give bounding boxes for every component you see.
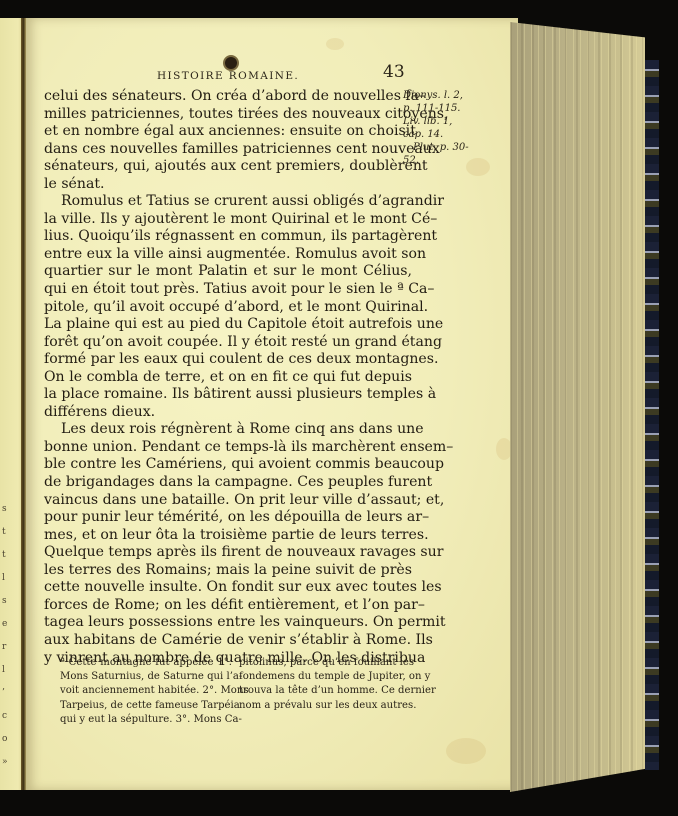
text-line: vaincus dans une bataille. On prit leur … <box>44 492 412 510</box>
text-line: La plaine qui est au pied du Capitole ét… <box>44 316 412 334</box>
text-line: Quelque temps après ils firent de nouvea… <box>44 544 412 562</box>
footnote-line: Mons Saturnius, de Saturne qui l’a- <box>60 670 232 684</box>
book-fore-edge <box>510 22 645 792</box>
margin-note-line: cap. 14. <box>403 128 473 141</box>
text-line: Romulus et Tatius se crurent aussi oblig… <box>44 193 412 211</box>
footnote-line: qui y eut la sépulture. 3°. Mons Ca- <box>60 713 232 727</box>
text-line: mes, et on leur ôta la troisième partie … <box>44 527 412 545</box>
facing-page-fragment: r <box>2 636 16 659</box>
text-line: qui en étoit tout près. Tatius avoit pou… <box>44 281 412 299</box>
text-line: milles patriciennes, toutes tirées des n… <box>44 106 412 124</box>
text-line: ble contre les Camériens, qui avoient co… <box>44 456 412 474</box>
text-line: aux habitans de Camérie de venir s’établ… <box>44 632 412 650</box>
body-text: celui des sénateurs. On créa d’abord de … <box>44 88 412 667</box>
text-line: et en nombre égal aux anciennes: ensuite… <box>44 123 412 141</box>
foxing-stain <box>446 738 486 764</box>
margin-note-line: Plut. p. 30- <box>403 141 473 154</box>
text-line: quartier sur le mont Palatin et sur le m… <box>44 263 412 281</box>
margin-note-line: Dionys. l. 2, <box>403 89 473 102</box>
facing-page-text-fragments: sttlserl’co» <box>2 498 16 774</box>
facing-page-fragment: t <box>2 544 16 567</box>
text-line: On le combla de terre, et on en fit ce q… <box>44 369 412 387</box>
margin-note-line: p. 111-115. <box>403 102 473 115</box>
foxing-stain <box>326 38 344 50</box>
text-line: pitole, qu’il avoit occupé d’abord, et l… <box>44 299 412 317</box>
margin-note-line: 52. <box>403 154 473 167</box>
text-line: la place romaine. Ils bâtirent aussi plu… <box>44 386 412 404</box>
facing-page-fragment: c <box>2 705 16 728</box>
text-line: pour punir leur témérité, on les dépouil… <box>44 509 412 527</box>
text-line: différens dieux. <box>44 404 412 422</box>
text-line: les terres des Romains; mais la peine su… <box>44 562 412 580</box>
footnote-right-column: pitolinus, parce qu’en fouillant lesfond… <box>239 656 411 713</box>
footnote-left-column: ª Cette montagne fut appelée 1°.Mons Sat… <box>60 656 232 727</box>
text-line: forêt qu’on avoit coupée. Il y étoit res… <box>44 334 412 352</box>
text-line: de brigandages dans la campagne. Ces peu… <box>44 474 412 492</box>
text-line: forces de Rome; on les défit entièrement… <box>44 597 412 615</box>
foxing-stain <box>496 438 512 460</box>
facing-page-fragment: o <box>2 728 16 751</box>
text-line: formé par les eaux qui coulent de ces de… <box>44 351 412 369</box>
text-line: lius. Quoiqu’ils régnassent en commun, i… <box>44 228 412 246</box>
footnote-line: Tarpeius, de cette fameuse Tarpéia <box>60 699 232 713</box>
margin-notes: Dionys. l. 2,p. 111-115.Liv. lib. 1,cap.… <box>403 89 473 167</box>
text-line: bonne union. Pendant ce temps-là ils mar… <box>44 439 412 457</box>
footnote-line: fondemens du temple de Jupiter, on y <box>239 670 411 684</box>
facing-page-fragment: l <box>2 659 16 682</box>
text-line: sénateurs, qui, ajoutés aux cent premier… <box>44 158 412 176</box>
text-line: celui des sénateurs. On créa d’abord de … <box>44 88 412 106</box>
text-line: tagea leurs possessions entre les vainqu… <box>44 614 412 632</box>
facing-page-fragment: » <box>2 751 16 774</box>
facing-page-fragment: s <box>2 590 16 613</box>
text-line: le sénat. <box>44 176 412 194</box>
margin-note-line: Liv. lib. 1, <box>403 115 473 128</box>
text-line: cette nouvelle insulte. On fondit sur eu… <box>44 579 412 597</box>
running-head: HISTOIRE ROMAINE. <box>157 70 299 82</box>
text-line: entre eux la ville ainsi augmentée. Romu… <box>44 246 412 264</box>
facing-page-fragment: s <box>2 498 16 521</box>
text-line: Les deux rois régnèrent à Rome cinq ans … <box>44 421 412 439</box>
footnote-line: trouva la tête d’un homme. Ce dernier <box>239 684 411 698</box>
page-number: 43 <box>383 62 405 82</box>
facing-page-fragment: l <box>2 567 16 590</box>
text-line: dans ces nouvelles familles patriciennes… <box>44 141 412 159</box>
facing-page-fragment: e <box>2 613 16 636</box>
text-line: la ville. Ils y ajoutèrent le mont Quiri… <box>44 211 412 229</box>
marbled-cover-edge <box>645 60 659 770</box>
facing-page-fragment: t <box>2 521 16 544</box>
footnote-line: voit anciennement habitée. 2°. Mons <box>60 684 232 698</box>
footnote-line: ª Cette montagne fut appelée 1°. <box>60 656 232 670</box>
footnote-line: nom a prévalu sur les deux autres. <box>239 699 411 713</box>
footnote-line: pitolinus, parce qu’en fouillant les <box>239 656 411 670</box>
facing-page-fragment: ’ <box>2 682 16 705</box>
page-hole-mark <box>225 57 237 69</box>
